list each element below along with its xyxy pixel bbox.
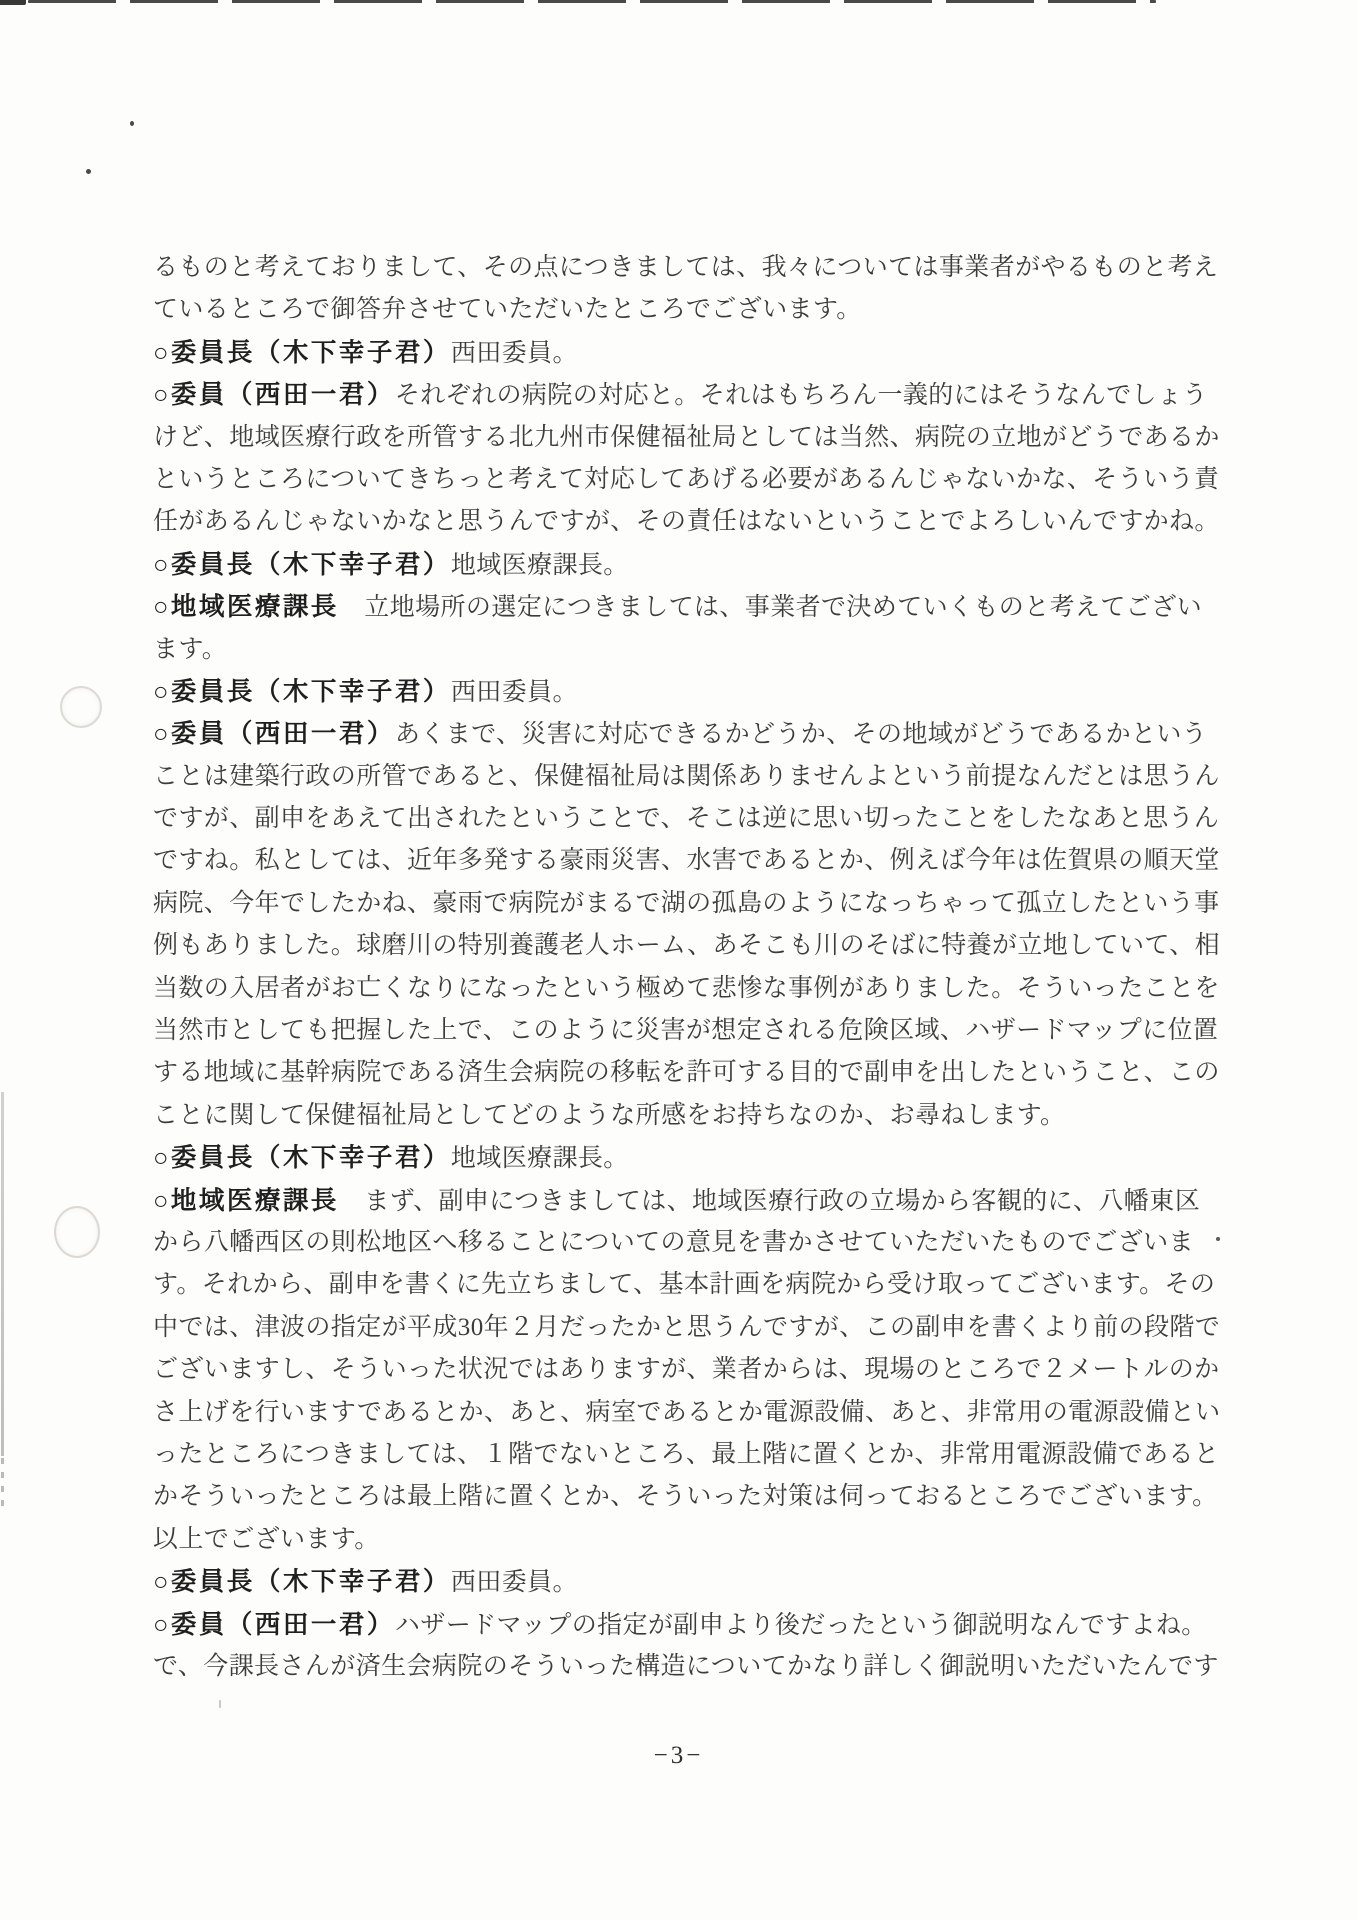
speaker-name: ○地域医療課長 (153, 593, 339, 621)
speech-text: から八幡西区の則松地区へ移ることについての意見を書かさせていただいたものでござい… (153, 1229, 1194, 1256)
transcript-line: ○委員（西田一君）あくまで、災害に対応できるかどうか、その地域がどうであるかとい… (153, 713, 1228, 755)
transcript-line: から八幡西区の則松地区へ移ることについての意見を書かさせていただいたものでござい… (153, 1222, 1228, 1264)
transcript-line: ですが、副申をあえて出されたということで、そこは逆に思い切ったことをしたなあと思… (153, 798, 1228, 840)
scan-edge-artifact (28, 0, 1156, 3)
transcript-line: ているところで御答弁させていただいたところでございます。 (153, 289, 1228, 331)
speech-text: 西田委員。 (451, 679, 578, 706)
transcript-line: というところについてきちっと考えて対応してあげる必要があるんじゃないかな、そうい… (153, 459, 1228, 501)
speech-text: 中では、津波の指定が平成30年２月だったかと思うんですが、この副申を書くより前の… (153, 1314, 1220, 1341)
speech-text: 西田委員。 (451, 340, 578, 367)
speech-text: 当数の入居者がお亡くなりになったという極めて悲惨な事例がありました。そういったこ… (153, 975, 1220, 1002)
speech-text: あくまで、災害に対応できるかどうか、その地域がどうであるかという (395, 721, 1207, 748)
transcript-line: 以上でございます。 (153, 1519, 1228, 1561)
speech-text: す。それから、副申を書くに先立ちまして、基本計画を病院から受け取ってございます。… (153, 1271, 1215, 1298)
transcript-line: 当数の入居者がお亡くなりになったという極めて悲惨な事例がありました。そういったこ… (153, 968, 1228, 1010)
speech-text: けど、地域医療行政を所管する北九州市保健福祉局としては当然、病院の立地がどうであ… (153, 424, 1220, 451)
speaker-name: ○委員（西田一君） (153, 1611, 395, 1639)
speech-text: 当然市としても把握した上で、このように災害が想定される危険区域、ハザードマップに… (153, 1017, 1218, 1044)
speech-text: で、今課長さんが済生会病院のそういった構造についてかなり詳しく御説明いただいたん… (153, 1653, 1219, 1680)
speech-text: ったところにつきましては、１階でないところ、最上階に置くとか、非常用電源設備であ… (153, 1441, 1219, 1468)
speech-text: ハザードマップの指定が副申より後だったという御説明なんですよね。 (395, 1612, 1207, 1639)
page-number: −3− (0, 1742, 1357, 1770)
transcript-line: ○委員長（木下幸子君）西田委員。 (153, 332, 1228, 374)
scanned-minutes-page: るものと考えておりまして、その点につきましては、我々については事業者がやるものと… (0, 0, 1357, 1920)
transcript-line: ○地域医療課長 立地場所の選定につきましては、事業者で決めていくものと考えてござ… (153, 586, 1228, 628)
transcript-line: 当然市としても把握した上で、このように災害が想定される危険区域、ハザードマップに… (153, 1010, 1228, 1052)
transcript-line: 例もありました。球磨川の特別養護老人ホーム、あそこも川のそばに特養が立地していて… (153, 925, 1228, 967)
transcript-line: けど、地域医療行政を所管する北九州市保健福祉局としては当然、病院の立地がどうであ… (153, 417, 1228, 459)
speech-text: ます。 (153, 636, 227, 663)
speaker-name: ○委員長（木下幸子君） (153, 1144, 451, 1172)
speaker-name: ○委員長（木下幸子君） (153, 339, 451, 367)
transcript: るものと考えておりまして、その点につきましては、我々については事業者がやるものと… (153, 247, 1228, 1688)
speech-text: 立地場所の選定につきましては、事業者で決めていくものと考えてござい (339, 594, 1202, 621)
transcript-line: ます。 (153, 629, 1228, 671)
transcript-line: ですね。私としては、近年多発する豪雨災害、水害であるとか、例えば今年は佐賀県の順… (153, 840, 1228, 882)
speech-text: かそういったところは最上階に置くとか、そういった対策は伺っておるところでございま… (153, 1483, 1218, 1510)
transcript-line: さ上げを行いますであるとか、あと、病室であるとか電源設備、あと、非常用の電源設備… (153, 1392, 1228, 1434)
speech-text: それぞれの病院の対応と。それはもちろん一義的にはそうなんでしょう (395, 382, 1208, 409)
speech-text: さ上げを行いますであるとか、あと、病室であるとか電源設備、あと、非常用の電源設備… (153, 1399, 1221, 1426)
transcript-line: ○委員長（木下幸子君）西田委員。 (153, 1561, 1228, 1603)
transcript-line: ことは建築行政の所管であると、保健福祉局は関係ありませんよという前提なんだとは思… (153, 756, 1228, 798)
transcript-line: ございますし、そういった状況ではありますが、業者からは、現場のところで２メートル… (153, 1349, 1228, 1391)
scan-corner-artifact (0, 0, 26, 5)
speech-text: 以上でございます。 (153, 1526, 380, 1553)
speech-text: ですね。私としては、近年多発する豪雨災害、水害であるとか、例えば今年は佐賀県の順… (153, 847, 1220, 874)
transcript-line: ○委員（西田一君）ハザードマップの指定が副申より後だったという御説明なんですよね… (153, 1604, 1228, 1646)
punch-hole-mark (54, 1206, 100, 1258)
punch-hole-mark (60, 686, 102, 728)
scan-left-edge-dashes (1, 1458, 4, 1510)
transcript-line: ○地域医療課長 まず、副申につきましては、地域医療行政の立場から客観的に、八幡東… (153, 1180, 1228, 1222)
transcript-line: 中では、津波の指定が平成30年２月だったかと思うんですが、この副申を書くより前の… (153, 1307, 1228, 1349)
speech-text: ことは建築行政の所管であると、保健福祉局は関係ありませんよという前提なんだとは思… (153, 763, 1220, 790)
speech-text: るものと考えておりまして、その点につきましては、我々については事業者がやるものと… (153, 254, 1218, 281)
speech-text: というところについてきちっと考えて対応してあげる必要があるんじゃないかな、そうい… (153, 466, 1219, 493)
toner-speck (86, 169, 91, 174)
transcript-line: 任があるんじゃないかなと思うんですが、その責任はないということでよろしいんですか… (153, 501, 1228, 543)
transcript-line: ことに関して保健福祉局としてどのような所感をお持ちなのか、お尋ねします。 (153, 1095, 1228, 1137)
toner-speck (130, 121, 134, 126)
transcript-line: す。それから、副申を書くに先立ちまして、基本計画を病院から受け取ってございます。… (153, 1264, 1228, 1306)
scan-left-edge-line (1, 1092, 4, 1456)
speech-text: ているところで御答弁させていただいたところでございます。 (153, 296, 862, 323)
speech-text: 地域医療課長。 (451, 1145, 629, 1172)
speech-text: 任があるんじゃないかなと思うんですが、その責任はないということでよろしいんですか… (153, 508, 1220, 535)
speaker-name: ○委員長（木下幸子君） (153, 551, 451, 579)
transcript-line: 病院、今年でしたかね、豪雨で病院がまるで湖の孤島のようになっちゃって孤立したとい… (153, 883, 1228, 925)
transcript-line: ○委員長（木下幸子君）地域医療課長。 (153, 544, 1228, 586)
speech-text: ことに関して保健福祉局としてどのような所感をお持ちなのか、お尋ねします。 (153, 1102, 1065, 1129)
transcript-line: する地域に基幹病院である済生会病院の移転を許可する目的で副申を出したということ、… (153, 1052, 1228, 1094)
transcript-line: ったところにつきましては、１階でないところ、最上階に置くとか、非常用電源設備であ… (153, 1434, 1228, 1476)
speech-text: 地域医療課長。 (451, 552, 629, 579)
speaker-name: ○委員長（木下幸子君） (153, 1568, 451, 1596)
speaker-name: ○地域医療課長 (153, 1187, 339, 1215)
transcript-line: ○委員長（木下幸子君）西田委員。 (153, 671, 1228, 713)
speech-text: する地域に基幹病院である済生会病院の移転を許可する目的で副申を出したということ、… (153, 1059, 1220, 1086)
speaker-name: ○委員長（木下幸子君） (153, 678, 451, 706)
speaker-name: ○委員（西田一君） (153, 720, 395, 748)
transcript-line: るものと考えておりまして、その点につきましては、我々については事業者がやるものと… (153, 247, 1228, 289)
speech-text: ですが、副申をあえて出されたということで、そこは逆に思い切ったことをしたなあと思… (153, 805, 1219, 832)
transcript-line: かそういったところは最上階に置くとか、そういった対策は伺っておるところでございま… (153, 1476, 1228, 1518)
transcript-line: で、今課長さんが済生会病院のそういった構造についてかなり詳しく御説明いただいたん… (153, 1646, 1228, 1688)
speech-text: ございますし、そういった状況ではありますが、業者からは、現場のところで２メートル… (153, 1356, 1220, 1383)
speaker-name: ○委員（西田一君） (153, 381, 395, 409)
speech-text: 例もありました。球磨川の特別養護老人ホーム、あそこも川のそばに特養が立地していて… (153, 932, 1220, 959)
transcript-line: ○委員長（木下幸子君）地域医療課長。 (153, 1137, 1228, 1179)
speech-text: 病院、今年でしたかね、豪雨で病院がまるで湖の孤島のようになっちゃって孤立したとい… (153, 890, 1220, 917)
transcript-line: ○委員（西田一君）それぞれの病院の対応と。それはもちろん一義的にはそうなんでしょ… (153, 374, 1228, 416)
speech-text: まず、副申につきましては、地域医療行政の立場から客観的に、八幡東区 (339, 1188, 1200, 1215)
speech-text: 西田委員。 (451, 1569, 578, 1596)
toner-speck (219, 1700, 221, 1708)
